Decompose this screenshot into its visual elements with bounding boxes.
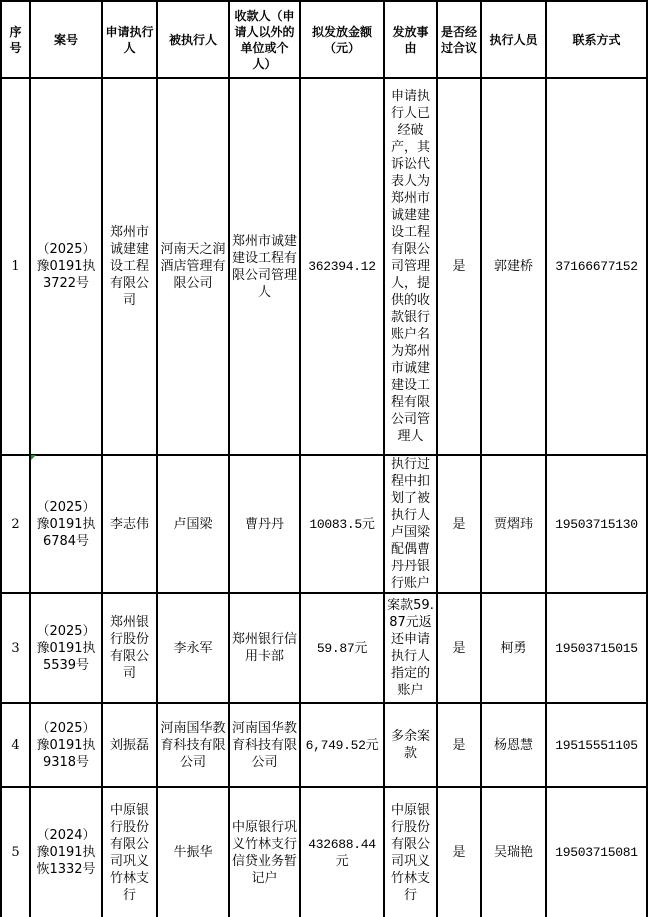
cell-case-no: （2025）豫0191执3722号 — [30, 78, 102, 455]
cell-collegiate: 是 — [437, 455, 481, 593]
cell-applicant: 刘振磊 — [102, 703, 157, 787]
cell-reason: 执行过程中扣划了被执行人卢国梁配偶曹丹丹银行账户 — [384, 455, 437, 593]
cell-officer: 杨恩慧 — [481, 703, 546, 787]
cell-amount: 10083.5元 — [300, 455, 384, 593]
cell-contact: 37166677152 — [546, 78, 647, 455]
cell-amount: 362394.12 — [300, 78, 384, 455]
cell-collegiate: 是 — [437, 703, 481, 787]
table-row: 1 （2025）豫0191执3722号 郑州市诚建建设工程有限公司 河南天之润酒… — [1, 78, 647, 455]
cell-payee: 曹丹丹 — [229, 455, 300, 593]
cell-payee: 河南国华教育科技有限公司 — [229, 703, 300, 787]
cell-contact: 19503715130 — [546, 455, 647, 593]
cell-seq: 3 — [1, 593, 30, 703]
cell-amount: 59.87元 — [300, 593, 384, 703]
cell-amount: 6,749.52元 — [300, 703, 384, 787]
table-row: 5 （2024）豫0191执恢1332号 中原银行股份有限公司巩义竹林支行 牛振… — [1, 787, 647, 917]
cell-contact: 19515551105 — [546, 703, 647, 787]
header-amount: 拟发放金额（元） — [300, 1, 384, 78]
cell-case-no: （2025）豫0191执9318号 — [30, 703, 102, 787]
cell-payee: 郑州银行信用卡部 — [229, 593, 300, 703]
disbursement-table: 序号 案号 申请执行人 被执行人 收款人（申请人以外的单位或个人） 拟发放金额（… — [0, 0, 648, 917]
cell-contact: 19503715015 — [546, 593, 647, 703]
cell-respondent: 牛振华 — [157, 787, 229, 917]
cell-contact: 19503715081 — [546, 787, 647, 917]
cell-payee: 郑州市诚建建设工程有限公司管理人 — [229, 78, 300, 455]
header-reason: 发放事由 — [384, 1, 437, 78]
header-respondent: 被执行人 — [157, 1, 229, 78]
cell-officer: 郭建桥 — [481, 78, 546, 455]
cell-officer: 柯勇 — [481, 593, 546, 703]
cell-applicant: 中原银行股份有限公司巩义竹林支行 — [102, 787, 157, 917]
cell-respondent: 河南国华教育科技有限公司 — [157, 703, 229, 787]
table-row: 4 （2025）豫0191执9318号 刘振磊 河南国华教育科技有限公司 河南国… — [1, 703, 647, 787]
cell-respondent: 卢国梁 — [157, 455, 229, 593]
header-case-no: 案号 — [30, 1, 102, 78]
cell-officer: 吴瑞艳 — [481, 787, 546, 917]
cell-reason: 多余案款 — [384, 703, 437, 787]
cell-seq: 1 — [1, 78, 30, 455]
table-row: 2 （2025）豫0191执6784号 李志伟 卢国梁 曹丹丹 10083.5元… — [1, 455, 647, 593]
header-officer: 执行人员 — [481, 1, 546, 78]
cell-case-no: （2024）豫0191执恢1332号 — [30, 787, 102, 917]
cell-respondent: 李永军 — [157, 593, 229, 703]
header-collegiate: 是否经过合议 — [437, 1, 481, 78]
cell-reason: 申请执行人已经破产，其诉讼代表人为郑州市诚建建设工程有限公司管理人，提供的收款银… — [384, 78, 437, 455]
header-seq: 序号 — [1, 1, 30, 78]
cell-applicant: 郑州市诚建建设工程有限公司 — [102, 78, 157, 455]
header-applicant: 申请执行人 — [102, 1, 157, 78]
table-row: 3 （2025）豫0191执5539号 郑州银行股份有限公司 李永军 郑州银行信… — [1, 593, 647, 703]
cell-officer: 贾熠玮 — [481, 455, 546, 593]
cell-comment-marker-icon — [31, 455, 36, 460]
cell-collegiate: 是 — [437, 593, 481, 703]
cell-reason: 中原银行股份有限公司巩义竹林支行 — [384, 787, 437, 917]
header-payee: 收款人（申请人以外的单位或个人） — [229, 1, 300, 78]
cell-applicant: 郑州银行股份有限公司 — [102, 593, 157, 703]
cell-reason: 案款59.87元返还申请执行人指定的账户 — [384, 593, 437, 703]
cell-applicant: 李志伟 — [102, 455, 157, 593]
cell-case-no: （2025）豫0191执6784号 — [30, 455, 102, 593]
cell-payee: 中原银行巩义竹林支行信贷业务暂记户 — [229, 787, 300, 917]
cell-collegiate: 是 — [437, 787, 481, 917]
cell-amount: 432688.44元 — [300, 787, 384, 917]
cell-seq: 2 — [1, 455, 30, 593]
cell-respondent: 河南天之润酒店管理有限公司 — [157, 78, 229, 455]
cell-seq: 4 — [1, 703, 30, 787]
cell-case-no: （2025）豫0191执5539号 — [30, 593, 102, 703]
cell-collegiate: 是 — [437, 78, 481, 455]
cell-seq: 5 — [1, 787, 30, 917]
header-contact: 联系方式 — [546, 1, 647, 78]
header-row: 序号 案号 申请执行人 被执行人 收款人（申请人以外的单位或个人） 拟发放金额（… — [1, 1, 647, 78]
